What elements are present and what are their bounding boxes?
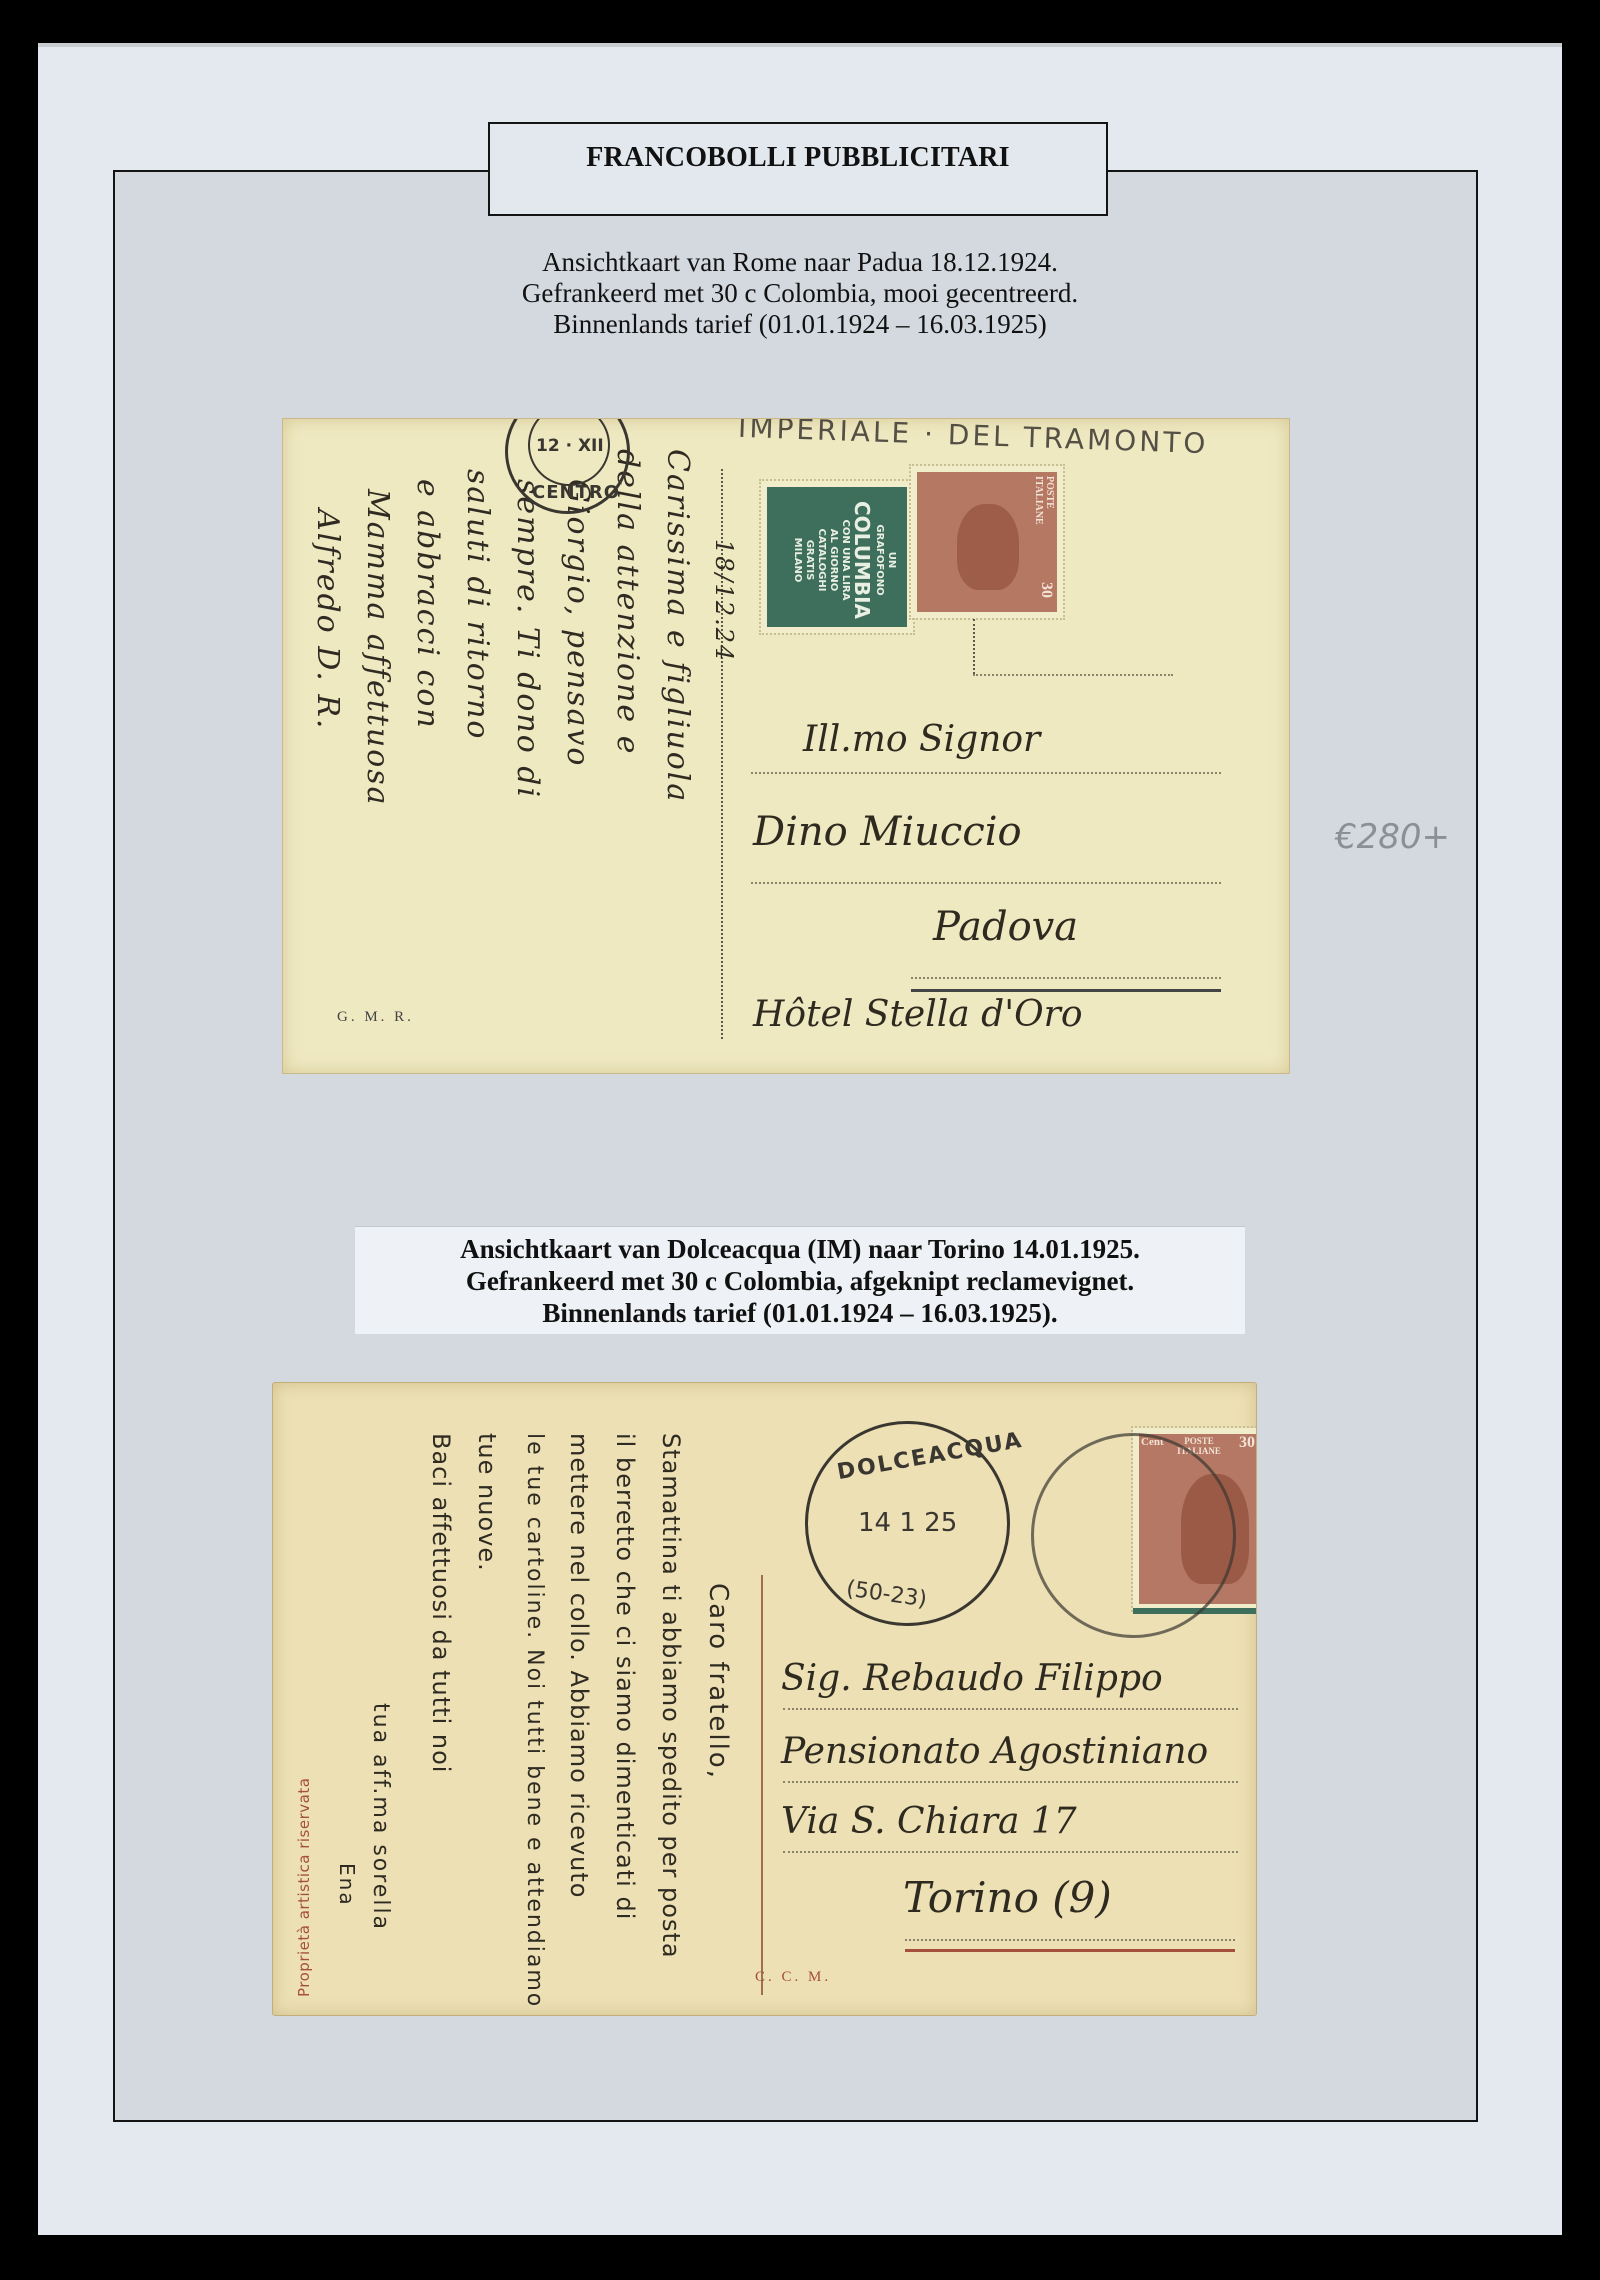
stamp-portrait — [957, 504, 1019, 590]
caption-line: Binnenlands tarief (01.01.1924 – 16.03.1… — [355, 1297, 1245, 1329]
printer-mark: G. M. R. — [337, 1009, 414, 1026]
message-line: Baci affettuosi da tutti noi — [427, 1433, 455, 1773]
message-line: Giorgio, pensavo — [560, 479, 595, 767]
page-title: FRANCOBOLLI PUBBLICITARI — [490, 142, 1106, 174]
postmark-dolceacqua: DOLCEACQUA 14 1 25 (50-23) — [805, 1421, 1010, 1626]
address-rule — [751, 772, 1221, 774]
album-page: FRANCOBOLLI PUBBLICITARI Ansichtkaart va… — [38, 43, 1562, 2235]
stamp-value: 30 — [1037, 582, 1055, 598]
address-line: Hôtel Stella d'Oro — [753, 994, 1083, 1035]
address-line: Torino (9) — [903, 1873, 1112, 1922]
message-line: 18/12.24 — [710, 539, 738, 662]
postmark-office: DOLCEACQUA — [835, 1428, 1025, 1485]
stamp-box-border — [973, 619, 975, 674]
address-rule — [905, 1949, 1235, 1952]
message-line: Alfredo D. R. — [310, 509, 345, 730]
postmark-office: CENTRO — [532, 482, 620, 503]
columbia-vignette: UN GRAFOFONO COLUMBIA CON UNA LIRA AL GI… — [761, 481, 913, 633]
caption-card-1: Ansichtkaart van Rome naar Padua 18.12.1… — [340, 247, 1260, 340]
postmark-code: (50-23) — [845, 1576, 929, 1612]
message-line: Mamma affettuosa — [360, 489, 395, 807]
address-rule — [751, 882, 1221, 884]
address-rule — [911, 989, 1221, 992]
side-print: Proprietà artistica riservata — [295, 1778, 313, 1997]
postcard-dolceacqua-torino: Caro fratello, Stamattina ti abbiamo spe… — [272, 1382, 1257, 2016]
message-line: il berretto che ci siamo dimenticati di — [611, 1433, 639, 1920]
printer-mark: C. C. M. — [755, 1969, 831, 1986]
address-line: Via S. Chiara 17 — [781, 1801, 1077, 1842]
vignette-text: UN GRAFOFONO COLUMBIA CON UNA LIRA AL GI… — [791, 495, 897, 625]
message-line: saluti di ritorno — [460, 469, 495, 741]
postmark-dolceacqua-on-stamp — [1031, 1433, 1236, 1638]
address-line: Sig. Rebaudo Filippo — [781, 1658, 1163, 1699]
stamp-issuer: POSTE ITALIANE — [1033, 476, 1055, 525]
message-line: Caro fratello, — [703, 1583, 733, 1780]
pencil-price-note: €280+ — [1335, 817, 1450, 857]
message-line: mettere nel collo. Abbiamo ricevuto — [565, 1433, 593, 1898]
caption-line: Gefrankeerd met 30 c Colombia, afgeknipt… — [355, 1265, 1245, 1297]
caption-line: Binnenlands tarief (01.01.1924 – 16.03.1… — [340, 309, 1260, 340]
address-line: Pensionato Agostiniano — [781, 1731, 1208, 1772]
address-rule — [783, 1781, 1238, 1783]
address-line: Dino Miuccio — [753, 809, 1022, 855]
message-line: le tue cartoline. Noi tutti bene e atten… — [522, 1433, 547, 2008]
stamp-30c: POSTE ITALIANE 30 — [911, 466, 1063, 618]
message-line: Ena — [335, 1863, 359, 1907]
message-line: Stamattina ti abbiamo spedito per posta — [657, 1433, 685, 1959]
stamp-box-border — [973, 674, 1173, 676]
message-line: e abbracci con — [410, 479, 445, 730]
caption-line: Ansichtkaart van Rome naar Padua 18.12.1… — [340, 247, 1260, 278]
stamp-value: 30 — [1239, 1434, 1255, 1452]
address-rule — [911, 977, 1221, 979]
card-divider — [761, 1575, 763, 1995]
postmark-date: 14 1 25 — [858, 1508, 957, 1538]
address-rule — [783, 1708, 1238, 1710]
caption-line: Ansichtkaart van Dolceacqua (IM) naar To… — [355, 1233, 1245, 1265]
address-rule — [783, 1851, 1238, 1853]
message-line: tue nuove. — [473, 1433, 501, 1572]
caption-card-2: Ansichtkaart van Dolceacqua (IM) naar To… — [355, 1226, 1245, 1334]
address-rule — [905, 1939, 1235, 1941]
address-line: Ill.mo Signor — [803, 719, 1040, 760]
postcard-rome-padua: 18/12.24 Carissima e figliuola della att… — [282, 418, 1290, 1074]
caption-line: Gefrankeerd met 30 c Colombia, mooi gece… — [340, 278, 1260, 309]
message-line: Carissima e figliuola — [660, 449, 695, 803]
address-line: Padova — [933, 904, 1078, 950]
page-title-box: FRANCOBOLLI PUBBLICITARI — [488, 122, 1108, 216]
message-line: tua aff.ma sorella — [368, 1703, 393, 1931]
message-line: sempre. Ti dono di — [510, 479, 545, 799]
postmark-day: 12 · XII — [536, 436, 604, 456]
machine-cancel: IMPERIALE · DEL TRAMONTO — [738, 418, 1209, 460]
